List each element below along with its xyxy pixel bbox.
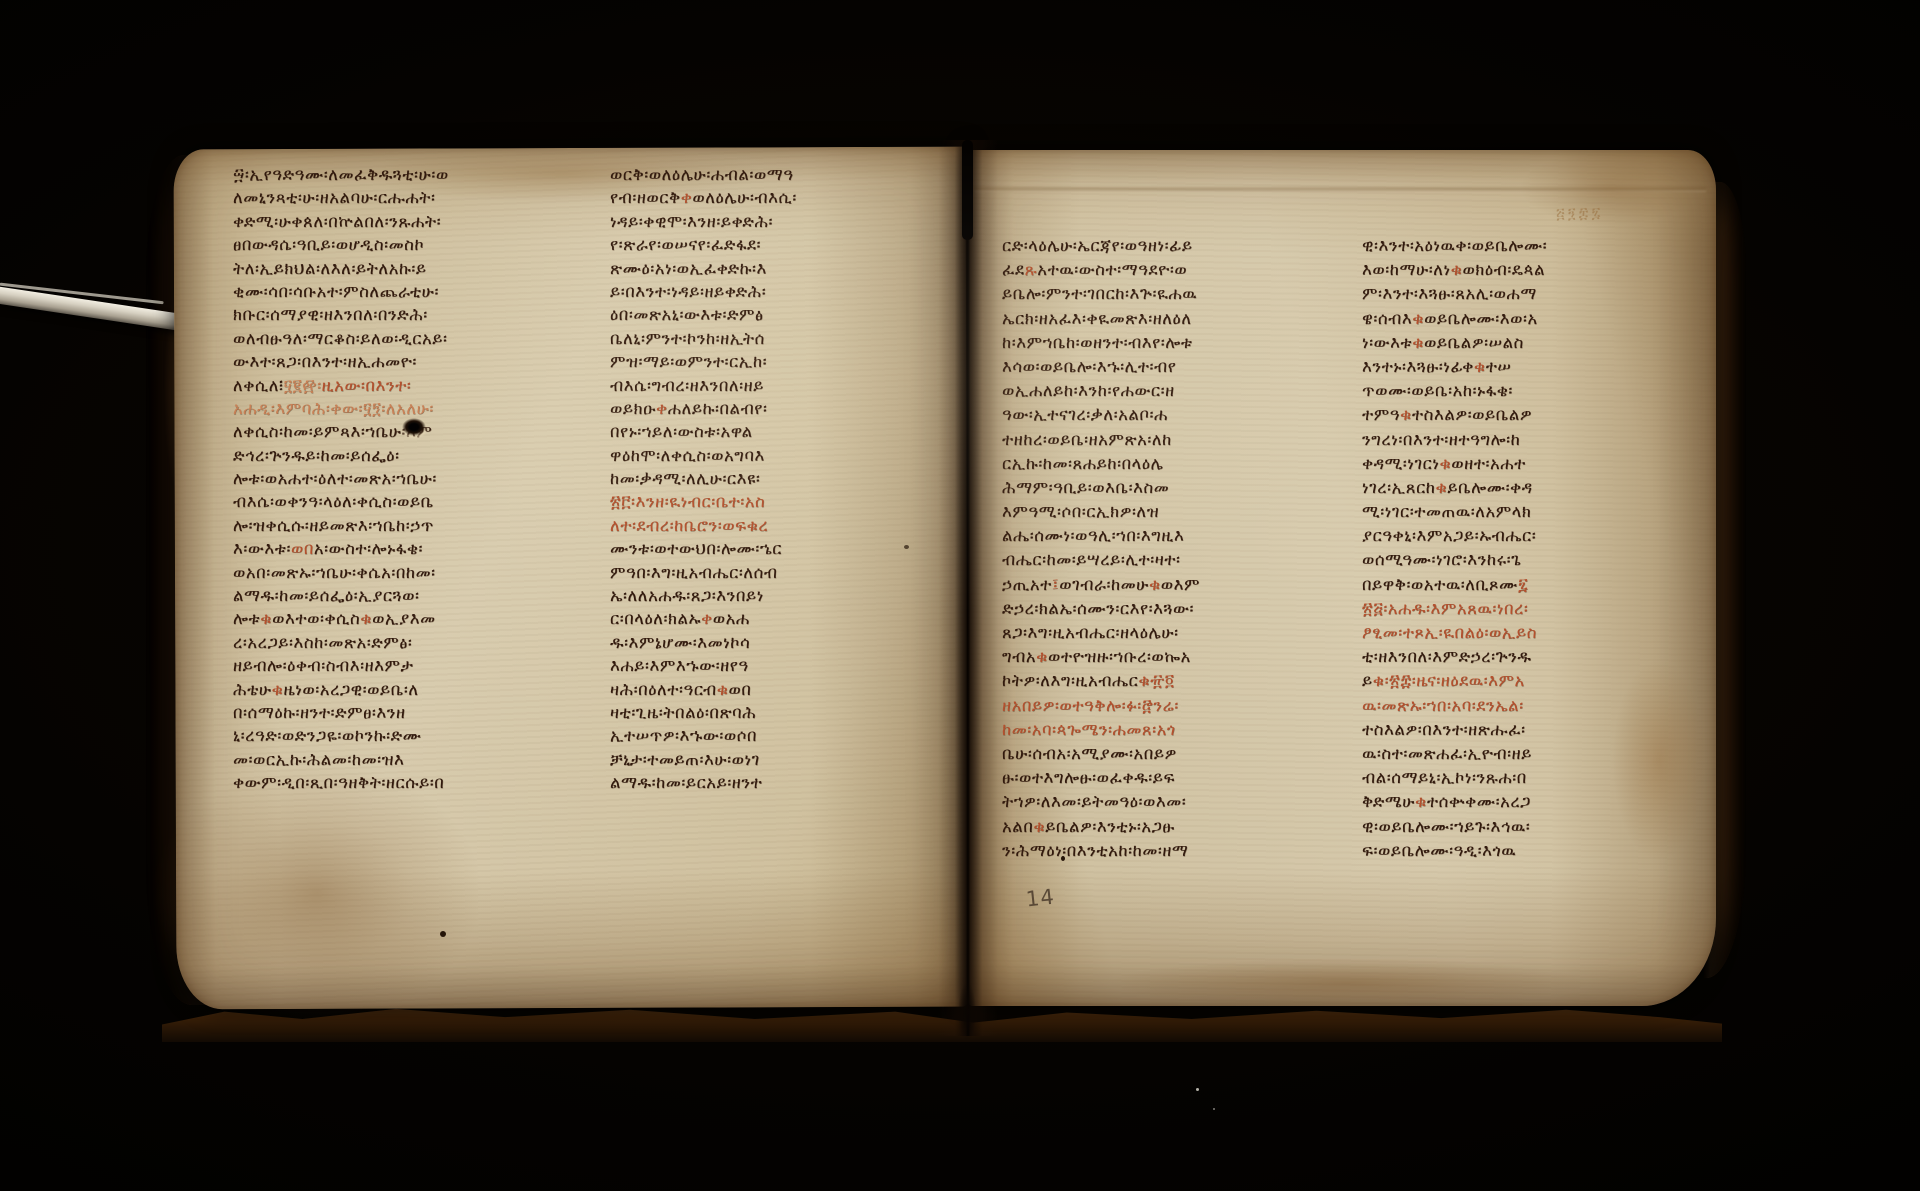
text-line: እ፡ውእቱ፡ወበአ፡ውስተ፡ሎኑፋቄ፡ <box>233 537 605 560</box>
text-line: በ፡ሰማዕኩ፡ዘንተ፡ድምፀ፡እንዘ <box>233 701 605 724</box>
black-ink-text: ወዘተ፡አሐተ <box>1451 454 1526 473</box>
black-ink-text: ቀዳሚ፡ነገርነ <box>1362 454 1439 473</box>
text-line: ወአበ፡መጽኡ፡ኀቤሁ፡ቀሴአ፡በከመ፡ <box>233 561 605 584</box>
text-line: ተምዓቁተስእልዎ፡ወይቤልዎ <box>1362 403 1702 427</box>
red-ink-text: ለተ፡ደብረ፡ከቤሮን፡ወፍቁረ <box>610 516 768 535</box>
text-line: ም፡እንተ፡እጓፁ፡ጸአሊ፡ወሐማ <box>1362 282 1702 306</box>
text-line: ርኢኩ፡ከመ፡ጸሐይከ፡በላዕሌ <box>1002 452 1348 476</box>
ink-speck <box>904 545 909 549</box>
black-ink-text: ቂሙ፡ሳበ፡ሳቡአተ፡ምስለጨራቲሁ፡ <box>233 282 439 301</box>
text-line: ነ፡ውእቱቁወይቤልዎ፡ሠልስ <box>1362 331 1702 355</box>
text-line: ይቤሎ፡ምንተ፡ገበርከ፡እጕ፡ዪሐዉ <box>1002 282 1348 306</box>
black-ink-text: ን፡ሕማዕነ፡በእንቲአከ፡ከመ፡ዘማ <box>1002 841 1188 860</box>
black-ink-text: ወእተወ፡ቀሲስ <box>272 609 360 628</box>
ink-speck <box>440 931 446 937</box>
black-ink-text: ሚ፡ነገር፡ተመጠዉ፡ለአምላክ <box>1362 502 1531 521</box>
black-ink-text: እ፡ውእቱ፡ <box>233 539 291 558</box>
red-ink-text: ቁ <box>1036 647 1048 666</box>
text-line: ቀውም፡ዲበ፡ጺበ፡ዓዘቅት፡ዘርሱይ፡በ <box>233 771 605 794</box>
faded-inscription: ፭፺፰፯ <box>1556 203 1604 222</box>
text-line: ቅድሜሁቁተሰቍቀሙ፡አረጋ <box>1362 790 1702 814</box>
parchment-stain <box>1028 950 1668 1016</box>
black-ink-text: በ፡ሰማዕኩ፡ዘንተ፡ድምፀ፡እንዘ <box>233 703 406 722</box>
black-ink-text: ወለዕሌሁ፡ብእሲ፡ <box>692 188 796 207</box>
black-ink-text: ዛቲ፡ጊዜ፡ትበልዕ፡በጽባሕ <box>610 703 756 722</box>
text-line: ውእተ፡ጸጋ፡በእንተ፡ዘኢሐመዮ፡ <box>233 350 605 373</box>
text-line: ነዳይ፡ቀዊሞ፡እንዘ፡ይቀድሕ፡ <box>610 210 902 233</box>
text-column-right-1: ርድ፡ላዕሌሁ፡ኤርጃየ፡ወዓዘነ፡ፊይፈደጹአተዉ፡ውስተ፡ማዓደዮ፡ወይቤሎ… <box>1002 234 1348 863</box>
red-ink-text: ቁ <box>1412 309 1424 328</box>
black-ink-text: ነ፡ውእቱ <box>1362 333 1412 352</box>
black-ink-text: ኒ፡ረዓድ፡ወድንጋዬ፡ወኮንኩ፡ድሙ <box>233 726 422 745</box>
text-line: ፈደጹአተዉ፡ውስተ፡ማዓደዮ፡ወ <box>1002 258 1348 282</box>
text-line: ጸጋ፡እግ፡ዚአብሔር፡ዘላዕሌሁ፡ <box>1002 621 1348 645</box>
text-line: እሳወ፡ወይቤሎ፡እኁ፡ሊተ፡ብየ <box>1002 355 1348 379</box>
black-ink-text: ፍ፡ወይቤሎሙ፡ዓዲ፡እጎዉ <box>1362 841 1516 860</box>
black-ink-text: ድኅረ፡ጕንዱይ፡ከመ፡ይሰፌዕ፡ <box>233 446 400 465</box>
text-line: ግብአቁወተዮዝዙ፡ኀቡረ፡ወኰአ <box>1002 645 1348 669</box>
black-ink-text: ወገብራ፡ከመሁ <box>1059 575 1149 594</box>
text-line: የብ፡ዘወርቅቀወለዕሌሁ፡ብእሲ፡ <box>610 186 902 209</box>
black-ink-text: ጸጋ፡እግ፡ዚአብሔር፡ዘላዕሌሁ፡ <box>1002 623 1179 642</box>
black-ink-text: በየኑ፡ኀይለ፡ውስቱ፡አዋል <box>610 422 753 441</box>
text-line: ብል፡ሰማይኒ፡ኢኮነ፡ንጹሐ፡በ <box>1362 766 1702 790</box>
text-line: ለቀሲለ፧፶፪፼፡ዚአው፡በእንተ፡ <box>233 374 605 397</box>
text-line: አልበቁይቤልዎ፡እንቲኑ፡አጋፁ <box>1002 815 1348 839</box>
red-ink-text: ቁ <box>1415 792 1427 811</box>
text-line: ፁ፡ወተእግሎፁ፡ወፈቀዱ፡ይፍ <box>1002 766 1348 790</box>
text-line: ዕበ፡መጽአኒ፡ውእቱ፡ድምፅ <box>610 303 902 326</box>
red-ink-text: ቁ <box>717 680 729 699</box>
black-ink-text: ም፡እንተ፡እጓፁ፡ጸአሊ፡ወሐማ <box>1362 284 1537 303</box>
black-ink-text: ቤሁ፡ሰብአ፡አሚያሙ፡አበይዎ <box>1002 744 1177 763</box>
black-ink-text: በይዋቅ፡ወአተዉ፡ለቢጾሙ <box>1362 575 1518 594</box>
text-line: ዉ፡ስተ፡መጽሐፈ፡ኢዮብ፡ዘይ <box>1362 742 1702 766</box>
page-number: 14 <box>1025 885 1056 912</box>
text-line: ከመ፡ቃዳሚ፡ለሊሁ፡ርእዩ፡ <box>610 467 902 490</box>
black-ink-text: ነዳይ፡ቀዊሞ፡እንዘ፡ይቀድሕ፡ <box>610 212 773 231</box>
black-ink-text: ሎቱ፡ወአሐተ፡ዕለተ፡መጽአ፡ኀቤሁ፡ <box>233 469 437 488</box>
black-ink-text: ዊ፡እንተ፡አዕነዉቀ፡ወይቤሎሙ፡ <box>1362 236 1547 255</box>
text-line: ሕቴሁቁዜነወ፡አረጋዊ፡ወይቤ፡ለ <box>233 678 605 701</box>
parchment-stain <box>152 762 483 1023</box>
text-line: ሙንቱ፡ወተውህበ፡ሎሙ፡ኄር <box>610 537 902 560</box>
black-ink-text: ተስእልዎ፡በእንተ፡ዘጽሑፈ፡ <box>1362 720 1526 739</box>
black-ink-text: ረ፡አረጋይ፡እስከ፡መጽአ፡ድምፅ፡ <box>233 633 412 652</box>
black-ink-text: ወይክዑ <box>610 399 656 418</box>
black-ink-text: ትኀዎ፡ለእመ፡ይትመዓዕ፡ወእመ፡ <box>1002 792 1186 811</box>
black-ink-text: ሎ፡ዝቀሲሱ፡ዘይመጽእ፡ኀቤከ፡ኃጥ <box>233 516 434 535</box>
text-line: ሎ፡ዝቀሲሱ፡ዘይመጽእ፡ኀቤከ፡ኃጥ <box>233 514 605 537</box>
text-line: ድኃረ፡ክልኤ፡ሰሙን፡ርእየ፡እጓው፡ <box>1002 597 1348 621</box>
text-line: ዛሕ፡በዕለተ፡ዓርብቁወበ <box>610 678 902 701</box>
text-line: ኃጢአተ፤ወገብራ፡ከመሁቁወእም <box>1002 573 1348 597</box>
text-line: ፵፡ኢየዓድዓሙ፡ለመፈቅዱጓቲ፡ሁ፡ወ <box>233 163 605 186</box>
black-ink-text: ከመ፡ቃዳሚ፡ለሊሁ፡ርእዩ፡ <box>610 469 760 488</box>
black-ink-text: ተምዓ <box>1362 405 1400 424</box>
text-line: ብእሴ፡ግብረ፡ዘእንበለ፡ዘይ <box>610 374 902 397</box>
black-ink-text: ልማዱ፡ከመ፡ይሰፌዕ፡ኢያርጓወ፡ <box>233 586 420 605</box>
black-ink-text: ኤ፡ለለአሐዱ፡ጸጋ፡እንበይነ <box>610 586 764 605</box>
text-line: መ፡ወርኢኩ፡ሕልመ፡ከመ፡ዝእ <box>233 748 605 771</box>
black-ink-text: ዱ፡እምኔሆሙ፡እመነኮሳ <box>610 633 750 652</box>
red-ink-text: ዉ፡መጽኡ፡ኀበ፡አባ፡ደንኤል፡ <box>1362 696 1524 715</box>
text-line: ሎቱቁወእተወ፡ቀሲስቁወኢያእመ <box>233 607 605 630</box>
black-ink-text: ዘይብሎ፡ዕቀብ፡ስብእ፡ዘእምታ <box>233 656 414 675</box>
text-line: ለመኒንጻቲ፡ሁ፡ዘአልባሁ፡ርሑሐት፡ <box>233 186 605 209</box>
text-line: ወለብፁዓለ፡ማርቆስ፡ይለወ፡ዲርአይ፡ <box>233 327 605 350</box>
black-ink-text: የ፡ጽራየ፡ወሠናየ፡ፈድፋደ፡ <box>610 235 761 254</box>
black-ink-text: ወይቤሎሙ፡እወ፡አ <box>1424 309 1538 328</box>
red-ink-text: ቀ <box>656 399 668 418</box>
black-ink-text: ክቡር፡ሰማያዊ፡ዘእንበለ፡በንድሕ፡ <box>233 305 428 324</box>
black-ink-text: ያርዓቀኒ፡እምአጋይ፡ኡብሔር፡ <box>1362 526 1536 545</box>
black-ink-text: ቅድሜሁ <box>1362 792 1415 811</box>
red-ink-text: ከመ፡አባ፡ጳጐሜን፡ሐመጸ፡አጎ <box>1002 720 1176 739</box>
text-line: ተዘከረ፡ወይቤ፡ዘአምጽአ፡ለከ <box>1002 428 1348 452</box>
red-ink-text: ፳፭፡አሐዱ፡እምአጸዉ፡ነበረ፡ <box>1362 599 1528 618</box>
black-ink-text: ድኃረ፡ክልኤ፡ሰሙን፡ርእየ፡እጓው፡ <box>1002 599 1194 618</box>
text-line: ፳፭፡አሐዱ፡እምአጸዉ፡ነበረ፡ <box>1362 597 1702 621</box>
black-ink-text: ተዘከረ፡ወይቤ፡ዘአምጽአ፡ለከ <box>1002 430 1172 449</box>
text-line: ልሔ፡ሰሙነ፡ወዓሊ፡ኀበ፡እግዚእ <box>1002 524 1348 548</box>
black-ink-text: ርድ፡ላዕሌሁ፡ኤርጃየ፡ወዓዘነ፡ፊይ <box>1002 236 1193 255</box>
black-ink-text: ብል፡ሰማይኒ፡ኢኮነ፡ንጹሐ፡በ <box>1362 768 1527 787</box>
red-ink-text: ቁ <box>260 609 272 628</box>
black-ink-text: ቻኒታ፡ተመይጠ፡እሁ፡ወነገ <box>610 750 760 769</box>
black-ink-text: ሐለይኩ፡በልብየ፡ <box>668 399 768 418</box>
text-line: እምዓሚ፡ሶበ፡ርኢክዎ፡ለዝ <box>1002 500 1348 524</box>
black-ink-text: ፈደ <box>1002 260 1025 279</box>
text-line: ኢተሠጥዎ፡እኁው፡ወሶበ <box>610 724 902 747</box>
text-line: ሕማም፡ዓቢይ፡ወእቤ፡እስመ <box>1002 476 1348 500</box>
text-line: ዘይብሎ፡ዕቀብ፡ስብእ፡ዘእምታ <box>233 654 605 677</box>
black-ink-text: ብሔር፡ከመ፡ይሣረይ፡ሊተ፡ዛተ፡ <box>1002 550 1181 569</box>
red-ink-text: ዘአበይዎ፡ወተዓቅሎ፡ፉ፡፸ንሬ፡ <box>1002 696 1179 715</box>
black-ink-text: ከ፡እምኀቤከ፡ወዘንተ፡ብእየ፡ሎቱ <box>1002 333 1193 352</box>
text-line: ይቁ፡፳፰፡ዜና፡ዘዕደዉ፡እምአ <box>1362 669 1702 693</box>
text-line: ቤሁ፡ሰብአ፡አሚያሙ፡አበይዎ <box>1002 742 1348 766</box>
text-line: በይዋቅ፡ወአተዉ፡ለቢጾሙ፯ <box>1362 573 1702 597</box>
red-ink-text: ቀ <box>701 609 713 628</box>
black-ink-text: ፀበውዳሴ፡ዓቢይ፡ወሆዲስ፡መስኮ <box>233 235 424 254</box>
text-line: ሚ፡ነገር፡ተመጠዉ፡ለአምላክ <box>1362 500 1702 524</box>
text-line: ኮትዎ፡ለእግ፡ዚአብሔርቁ፹፬ <box>1002 669 1348 693</box>
text-line: ወይክዑቀሐለይኩ፡በልብየ፡ <box>610 397 902 420</box>
text-line: ተስእልዎ፡በእንተ፡ዘጽሑፈ፡ <box>1362 718 1702 742</box>
black-ink-text: ንግረነ፡በእንተ፡ዘተዓግሎ፡ከ <box>1362 430 1520 449</box>
text-line: ፳፫፡እንዘ፡ዪነብር፡ቤተ፡አስ <box>610 490 902 513</box>
ink-speck <box>1061 856 1065 861</box>
black-ink-text: ይቤሎ፡ምንተ፡ገበርከ፡እጕ፡ዪሐዉ <box>1002 284 1197 303</box>
black-ink-text: ይ፡በእንተ፡ነዳይ፡ዘይቀድሕ፡ <box>610 282 766 301</box>
black-ink-text: ሕማም፡ዓቢይ፡ወእቤ፡እስመ <box>1002 478 1169 497</box>
text-line: ርድ፡ላዕሌሁ፡ኤርጃየ፡ወዓዘነ፡ፊይ <box>1002 234 1348 258</box>
text-line: ዓው፡ኢተናገረ፡ቃለ፡አልቦ፡ሐ <box>1002 403 1348 427</box>
black-ink-text: አተዉ፡ውስተ፡ማዓደዮ፡ወ <box>1037 260 1187 279</box>
text-line: ወኢሐለይከ፡እንከ፡የሐውር፡ዘ <box>1002 379 1348 403</box>
black-ink-text: እወ፡ከማሁ፡ለነ <box>1362 260 1451 279</box>
black-ink-text: ልማዱ፡ከመ፡ይርአይ፡ዘንተ <box>610 773 762 792</box>
text-line: ይ፡በእንተ፡ነዳይ፡ዘይቀድሕ፡ <box>610 280 902 303</box>
text-column-left-2: ወርቅ፡ወለዕሌሁ፡ሐብል፡ወማዓየብ፡ዘወርቅቀወለዕሌሁ፡ብእሲ፡ነዳይ፡ቀ… <box>610 163 902 795</box>
text-line: ወሰሚዓሙ፡ነገሮ፡እንከሩ፡ጌ <box>1362 548 1702 572</box>
black-ink-text: ር፡በላዕለ፡ክልኡ <box>610 609 701 628</box>
dust-speck <box>1213 1108 1215 1110</box>
text-line: ዌ፡ሰብእቁወይቤሎሙ፡እወ፡አ <box>1362 307 1702 331</box>
black-ink-text: ውእተ፡ጸጋ፡በእንተ፡ዘኢሐመዮ፡ <box>233 352 417 371</box>
red-ink-text: ጹ <box>1025 260 1038 279</box>
text-line: ቂሙ፡ሳበ፡ሳቡአተ፡ምስለጨራቲሁ፡ <box>233 280 605 303</box>
text-line: ቲ፡ዘእንበለ፡እምድኃረ፡ጕንዱ <box>1362 645 1702 669</box>
red-ink-text: ቀ <box>681 188 693 207</box>
red-ink-text: ቁ <box>1439 454 1451 473</box>
text-line: ዋዕከሞ፡ለቀሲስ፡ወአግባእ <box>610 444 902 467</box>
black-ink-text: ኤርክ፡ዘአፈእ፡ቀዪመጽእ፡ዘለዕለ <box>1002 309 1192 328</box>
black-ink-text: ዉ፡ስተ፡መጽሐፈ፡ኢዮብ፡ዘይ <box>1362 744 1532 763</box>
text-line: ዱ፡እምኔሆሙ፡እመነኮሳ <box>610 631 902 654</box>
text-line: እወ፡ከማሁ፡ለነቁወክዕብ፡ዴጳል <box>1362 258 1702 282</box>
red-ink-text: ቁ፹፬ <box>1138 671 1174 690</box>
black-ink-text: ብእሴ፡ወቀንዓ፡ላዕለ፡ቀሲስ፡ወይቤ <box>233 492 434 511</box>
text-line: ለተ፡ደብረ፡ከቤሮን፡ወፍቁረ <box>610 514 902 537</box>
black-ink-text: አልበ <box>1002 817 1033 836</box>
black-ink-text: ግብአ <box>1002 647 1036 666</box>
text-column-left-1: ፵፡ኢየዓድዓሙ፡ለመፈቅዱጓቲ፡ሁ፡ወለመኒንጻቲ፡ሁ፡ዘአልባሁ፡ርሑሐት፡… <box>233 163 605 795</box>
black-ink-text: ወሰሚዓሙ፡ነገሮ፡እንከሩ፡ጌ <box>1362 550 1522 569</box>
red-ink-text: ወበ <box>291 539 314 558</box>
black-ink-text: ኮትዎ፡ለእግ፡ዚአብሔር <box>1002 671 1138 690</box>
page-fold-crease <box>974 186 1706 192</box>
red-ink-text: ቁ <box>1149 575 1161 594</box>
text-line: ድኅረ፡ጕንዱይ፡ከመ፡ይሰፌዕ፡ <box>233 444 605 467</box>
black-ink-text: ተስእልዎ፡ወይቤልዎ <box>1412 405 1532 424</box>
black-ink-text: ምዝ፡ማይ፡ወምንተ፡ርኢከ፡ <box>610 352 767 371</box>
black-ink-text: ወአሐ <box>713 609 750 628</box>
parchment-hole <box>402 418 426 436</box>
text-line: በየኑ፡ኀይለ፡ውስቱ፡አዋል <box>610 420 902 443</box>
black-ink-text: ተሰቍቀሙ፡አረጋ <box>1427 792 1531 811</box>
text-line: ኒ፡ረዓድ፡ወድንጋዬ፡ወኮንኩ፡ድሙ <box>233 724 605 747</box>
red-ink-text: አሐዲ፡እምባሕ፡ቀው፡፶፺፡ለአለሁ፡ <box>233 399 434 418</box>
black-ink-text: ምዓበ፡እግ፡ዚአብሔር፡ለሰብ <box>610 563 778 582</box>
black-ink-text: ልሔ፡ሰሙነ፡ወዓሊ፡ኀበ፡እግዚእ <box>1002 526 1184 545</box>
text-line: ፍ፡ወይቤሎሙ፡ዓዲ፡እጎዉ <box>1362 839 1702 863</box>
black-ink-text: ወበ <box>729 680 752 699</box>
text-line: ከመ፡አባ፡ጳጐሜን፡ሐመጸ፡አጎ <box>1002 718 1348 742</box>
black-ink-text: ርኢኩ፡ከመ፡ጸሐይከ፡በላዕሌ <box>1002 454 1163 473</box>
black-ink-text: እሐይ፡እምእኁው፡ዘየዓ <box>610 656 749 675</box>
text-line: ር፡በላዕለ፡ክልኡቀወአሐ <box>610 607 902 630</box>
black-ink-text: ጽሙዕ፡አነ፡ወኢፈቀድኩ፡እ <box>610 259 767 278</box>
red-ink-text: ቁ <box>1400 405 1412 424</box>
red-ink-text: ቁ <box>1451 260 1463 279</box>
text-line: ትኀዎ፡ለእመ፡ይትመዓዕ፡ወእመ፡ <box>1002 790 1348 814</box>
black-ink-text: ወኢያእመ <box>372 609 436 628</box>
red-ink-text: ቁ <box>272 680 284 699</box>
black-ink-text: ብእሴ፡ግብረ፡ዘእንበለ፡ዘይ <box>610 376 764 395</box>
black-ink-text: ወርቅ፡ወለዕሌሁ፡ሐብል፡ወማዓ <box>610 165 794 184</box>
text-line: ልማዱ፡ከመ፡ይሰፌዕ፡ኢያርጓወ፡ <box>233 584 605 607</box>
black-ink-text: ወእም <box>1161 575 1200 594</box>
black-ink-text: ለመኒንጻቲ፡ሁ፡ዘአልባሁ፡ርሑሐት፡ <box>233 188 435 207</box>
text-line: ፀበውዳሴ፡ዓቢይ፡ወሆዲስ፡መስኮ <box>233 233 605 256</box>
black-ink-text: ተሠ <box>1486 357 1512 376</box>
text-line: ያርዓቀኒ፡እምአጋይ፡ኡብሔር፡ <box>1362 524 1702 548</box>
black-ink-text: እንተኑ፡እጓፁ፡ነፊቀ <box>1362 357 1474 376</box>
text-line: ቻኒታ፡ተመይጠ፡እሁ፡ወነገ <box>610 748 902 771</box>
black-ink-text: ኢተሠጥዎ፡እኁው፡ወሶበ <box>610 726 757 745</box>
red-ink-text: ፶፪፼፡ <box>284 376 322 395</box>
black-ink-text: መ፡ወርኢኩ፡ሕልመ፡ከመ፡ዝእ <box>233 750 404 769</box>
text-line: ፆፂመ፡ተጾኢ፡ዪበልዕ፡ወኢይስ <box>1362 621 1702 645</box>
black-ink-text: ነገረ፡ኢጸርከ <box>1362 478 1436 497</box>
black-ink-text: ኃጢአተ <box>1002 575 1052 594</box>
text-line: ጽሙዕ፡አነ፡ወኢፈቀድኩ፡እ <box>610 257 902 280</box>
red-ink-text: ቁ <box>360 609 372 628</box>
black-ink-text: ይ <box>1362 671 1373 690</box>
red-ink-text: ቁ <box>1412 333 1424 352</box>
text-line: ልማዱ፡ከመ፡ይርአይ፡ዘንተ <box>610 771 902 794</box>
manuscript-photo: ፵፡ኢየዓድዓሙ፡ለመፈቅዱጓቲ፡ሁ፡ወለመኒንጻቲ፡ሁ፡ዘአልባሁ፡ርሑሐት፡… <box>0 0 1920 1191</box>
black-ink-text: ቀድሚ፡ሁቀጰለ፡በኵልበለ፡ንጹሐት፡ <box>233 212 441 231</box>
black-ink-text: ለቀሲለ፧ <box>233 376 284 395</box>
text-line: ዊ፡ወይቤሎሙ፡ኀይጉ፡እኅዉ፡ <box>1362 815 1702 839</box>
text-line: ቀዳሚ፡ነገርነቁወዘተ፡አሐተ <box>1362 452 1702 476</box>
red-ink-text: ፆፂመ፡ተጾኢ፡ዪበልዕ፡ወኢይስ <box>1362 623 1537 642</box>
text-line: ብእሴ፡ወቀንዓ፡ላዕለ፡ቀሲስ፡ወይቤ <box>233 490 605 513</box>
text-line: እንተኑ፡እጓፁ፡ነፊቀቁተሠ <box>1362 355 1702 379</box>
black-ink-text: ዌ፡ሰብእ <box>1362 309 1412 328</box>
black-ink-text: ፵፡ኢየዓድዓሙ፡ለመፈቅዱጓቲ፡ሁ፡ወ <box>233 165 449 184</box>
black-ink-text: ወኢሐለይከ፡እንከ፡የሐውር፡ዘ <box>1002 381 1175 400</box>
black-ink-text: ወተዮዝዙ፡ኀቡረ፡ወኰአ <box>1048 647 1191 666</box>
red-ink-text: ቁ፡፳፰፡ዜና፡ዘዕደዉ፡እምአ <box>1373 671 1525 690</box>
black-ink-text: ወክዕብ፡ዴጳል <box>1462 260 1545 279</box>
black-ink-text: ዛሕ፡በዕለተ፡ዓርብ <box>610 680 717 699</box>
red-ink-text: ዚአው፡በእንተ፡ <box>322 376 412 395</box>
text-line: ኤ፡ለለአሐዱ፡ጸጋ፡እንበይነ <box>610 584 902 607</box>
text-line: ን፡ሕማዕነ፡በእንቲአከ፡ከመ፡ዘማ <box>1002 839 1348 863</box>
black-ink-text: እሳወ፡ወይቤሎ፡እኁ፡ሊተ፡ብየ <box>1002 357 1176 376</box>
text-line: ጥወሙ፡ወይቤ፡አከ፡ኑፋቄ፡ <box>1362 379 1702 403</box>
black-ink-text: ሕቴሁ <box>233 680 272 699</box>
text-line: ዘአበይዎ፡ወተዓቅሎ፡ፉ፡፸ንሬ፡ <box>1002 694 1348 718</box>
text-line: ክቡር፡ሰማያዊ፡ዘእንበለ፡በንድሕ፡ <box>233 303 605 326</box>
text-line: አሐዲ፡እምባሕ፡ቀው፡፶፺፡ለአለሁ፡ <box>233 397 605 420</box>
black-ink-text: ቲ፡ዘእንበለ፡እምድኃረ፡ጕንዱ <box>1362 647 1531 666</box>
red-ink-text: ቁ <box>1474 357 1486 376</box>
red-ink-text: ቁ <box>1033 817 1045 836</box>
black-ink-text: ፁ፡ወተእግሎፁ፡ወፈቀዱ፡ይፍ <box>1002 768 1175 787</box>
black-ink-text: ዊ፡ወይቤሎሙ፡ኀይጉ፡እኅዉ፡ <box>1362 817 1530 836</box>
text-line: ወርቅ፡ወለዕሌሁ፡ሐብል፡ወማዓ <box>610 163 902 186</box>
black-ink-text: ቤለኒ፡ምንተ፡ኮንከ፡ዘኢትሰ <box>610 329 765 348</box>
black-ink-text: ዓው፡ኢተናገረ፡ቃለ፡አልቦ፡ሐ <box>1002 405 1168 424</box>
black-ink-text: ይቤልዎ፡እንቲኑ፡አጋፁ <box>1045 817 1175 836</box>
text-line: ዊ፡እንተ፡አዕነዉቀ፡ወይቤሎሙ፡ <box>1362 234 1702 258</box>
black-ink-text: ወይቤልዎ፡ሠልስ <box>1424 333 1524 352</box>
red-ink-text: ፳፫፡እንዘ፡ዪነብር፡ቤተ፡አስ <box>610 492 765 511</box>
text-line: ነገረ፡ኢጸርከቁይቤሎሙ፡ቀዳ <box>1362 476 1702 500</box>
black-ink-text: ወለብፁዓለ፡ማርቆስ፡ይለወ፡ዲርአይ፡ <box>233 329 448 348</box>
text-line: ቤለኒ፡ምንተ፡ኮንከ፡ዘኢትሰ <box>610 327 902 350</box>
black-ink-text: ቀውም፡ዲበ፡ጺበ፡ዓዘቅት፡ዘርሱይ፡በ <box>233 773 444 792</box>
black-ink-text: እምዓሚ፡ሶበ፡ርኢክዎ፡ለዝ <box>1002 502 1159 521</box>
black-ink-text: ዋዕከሞ፡ለቀሲስ፡ወአግባእ <box>610 446 765 465</box>
text-line: ዉ፡መጽኡ፡ኀበ፡አባ፡ደንኤል፡ <box>1362 694 1702 718</box>
red-ink-text: ፯ <box>1518 575 1529 594</box>
text-line: ንግረነ፡በእንተ፡ዘተዓግሎ፡ከ <box>1362 428 1702 452</box>
text-line: ከ፡እምኀቤከ፡ወዘንተ፡ብእየ፡ሎቱ <box>1002 331 1348 355</box>
black-ink-text: ሎቱ <box>233 609 260 628</box>
text-line: ምዓበ፡እግ፡ዚአብሔር፡ለሰብ <box>610 561 902 584</box>
text-line: ቀድሚ፡ሁቀጰለ፡በኵልበለ፡ንጹሐት፡ <box>233 210 605 233</box>
text-line: ኤርክ፡ዘአፈእ፡ቀዪመጽእ፡ዘለዕለ <box>1002 307 1348 331</box>
text-line: ምዝ፡ማይ፡ወምንተ፡ርኢከ፡ <box>610 350 902 373</box>
black-ink-text: የብ፡ዘወርቅ <box>610 188 681 207</box>
text-line: ዛቲ፡ጊዜ፡ትበልዕ፡በጽባሕ <box>610 701 902 724</box>
black-ink-text: አ፡ውስተ፡ሎኑፋቄ፡ <box>314 539 423 558</box>
text-line: ሎቱ፡ወአሐተ፡ዕለተ፡መጽአ፡ኀቤሁ፡ <box>233 467 605 490</box>
text-column-right-2: ዊ፡እንተ፡አዕነዉቀ፡ወይቤሎሙ፡እወ፡ከማሁ፡ለነቁወክዕብ፡ዴጳልም፡እን… <box>1362 234 1702 863</box>
dust-speck <box>1196 1088 1199 1091</box>
black-ink-text: ወአበ፡መጽኡ፡ኀቤሁ፡ቀሴአ፡በከመ፡ <box>233 563 436 582</box>
red-ink-text: ቁ <box>1436 478 1448 497</box>
black-ink-text: ትለ፡ኢይክህል፡ለእለ፡ይትለአኩ፡ይ <box>233 259 427 278</box>
black-ink-text: ዜነወ፡አረጋዊ፡ወይቤ፡ለ <box>283 680 418 699</box>
text-line: እሐይ፡እምእኁው፡ዘየዓ <box>610 654 902 677</box>
text-line: ትለ፡ኢይክህል፡ለእለ፡ይትለአኩ፡ይ <box>233 257 605 280</box>
black-ink-text: ጥወሙ፡ወይቤ፡አከ፡ኑፋቄ፡ <box>1362 381 1513 400</box>
text-line: ብሔር፡ከመ፡ይሣረይ፡ሊተ፡ዛተ፡ <box>1002 548 1348 572</box>
black-ink-text: ይቤሎሙ፡ቀዳ <box>1447 478 1532 497</box>
black-ink-text: ሙንቱ፡ወተውህበ፡ሎሙ፡ኄር <box>610 539 782 558</box>
black-ink-text: ዕበ፡መጽአኒ፡ውእቱ፡ድምፅ <box>610 305 764 324</box>
text-line: ረ፡አረጋይ፡እስከ፡መጽአ፡ድምፅ፡ <box>233 631 605 654</box>
text-line: የ፡ጽራየ፡ወሠናየ፡ፈድፋደ፡ <box>610 233 902 256</box>
